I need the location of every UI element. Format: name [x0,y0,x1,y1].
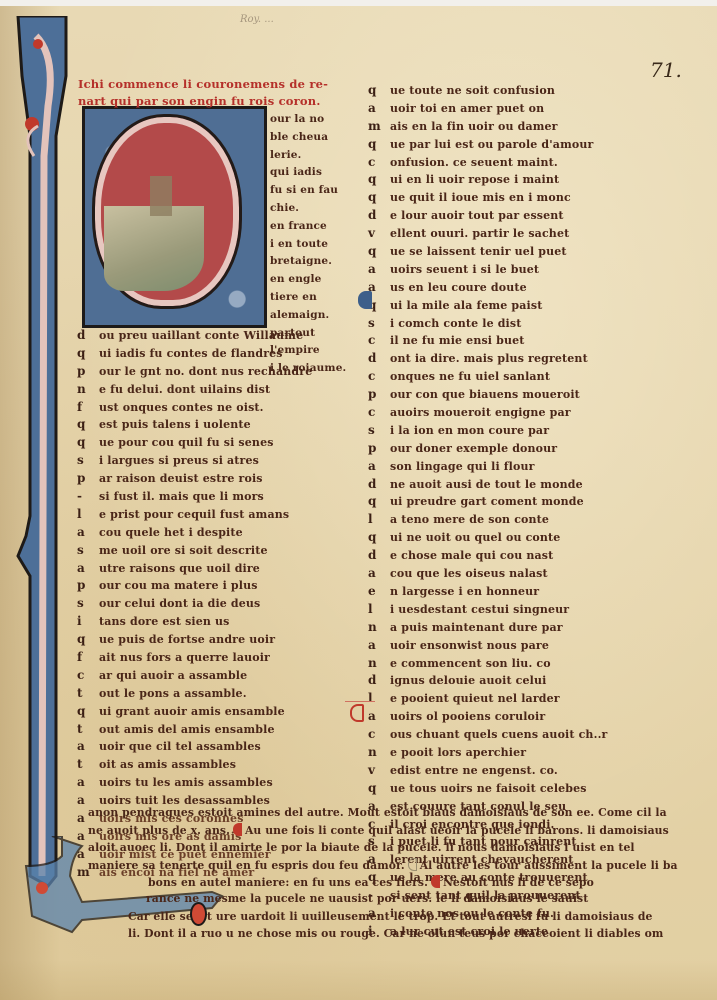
verse-text: e pooient quieut nel larder [390,692,560,705]
verse-text: e chose male qui cou nast [390,549,553,562]
lead-letter: s [77,453,99,467]
verse-line: ne fu delui. dont uilains dist [77,382,312,400]
rubric-line: Ichi commence li couronemens de re- [78,76,368,93]
verse-line: dont ia dire. mais plus regretent [368,351,608,369]
verse-text: our cou ma matere i plus [99,579,258,592]
verse-text: tans dore est sien us [99,615,230,628]
lead-letter: q [368,83,390,97]
prose-text: maniere sa tenerte quil en fu espris dou… [88,859,405,872]
lead-letter: q [77,704,99,718]
text-line: bretaigne. [270,255,346,273]
prose-text: li. Dont il a ruo u ne chose mis ou roug… [128,927,663,940]
verse-line: qui preudre gart coment monde [368,494,608,512]
verse-line: le pooient quieut nel larder [368,691,608,709]
paragraph-mark-icon [233,823,242,836]
lead-letter: q [77,632,99,646]
verse-line: tout amis del amis ensamble [77,722,312,740]
lead-letter: q [368,494,390,508]
lead-letter: d [368,208,390,222]
verse-line: ason lingage qui li flour [368,459,608,477]
verse-line: de lour auoir tout par essent [368,208,608,226]
verse-line: par raison deuist estre rois [77,471,312,489]
lead-letter: c [368,727,390,741]
lead-letter: c [368,155,390,169]
lead-letter: d [368,673,390,687]
verse-line: dignus delouie auoit celui [368,673,608,691]
verse-text: cou quele het i despite [99,526,243,539]
verse-line: que par lui est ou parole d'amour [368,137,608,155]
lead-letter: a [368,709,390,723]
rubric-heading: Ichi commence li couronemens de re- nart… [78,76,368,110]
prose-line: li. Dont il a ruo u ne chose mis ou roug… [128,927,688,944]
text-line: lerie. [270,149,346,167]
lead-letter: - [77,489,99,503]
verse-line: en largesse i en honneur [368,584,608,602]
historiated-initial-scene [104,206,204,291]
verse-line: autre raisons que uoil dire [77,561,312,579]
prose-text: Al autre les tour aussiment la pucele li… [420,859,678,872]
verse-line: le prist pour cequil fust amans [77,507,312,525]
verse-line: acou quele het i despite [77,525,312,543]
prose-line: aloit auoec li. Dont il amirte le por la… [88,841,688,858]
lead-letter: s [77,596,99,610]
prose-text: Au une fois li conte quil alast ueoir la… [245,824,669,837]
lead-letter: v [368,763,390,777]
verse-text: e pooit lors aperchier [390,746,526,759]
verse-line: fait nus fors a querre lauoir [77,650,312,668]
verse-text: onques ne fu uiel sanlant [390,370,550,383]
verse-line: mais en la fin uoir ou damer [368,119,608,137]
lead-letter: q [368,530,390,544]
verse-line: qui grant auoir amis ensamble [77,704,312,722]
verse-text: ous chuant quels cuens auoit ch..r [390,728,608,741]
verse-line: ne pooit lors aperchier [368,745,608,763]
lead-letter: l [77,507,99,521]
verse-line: sme uoil ore si soit descrite [77,543,312,561]
verse-text: ue par lui est ou parole d'amour [390,138,593,151]
lead-letter: d [368,351,390,365]
lead-letter: c [368,333,390,347]
verse-line: dne auoit ausi de tout le monde [368,477,608,495]
verse-text: i comch conte le dist [390,317,521,330]
verse-text: ui la mile ala feme paist [390,299,542,312]
verse-line: dou preu uaillant conte Willaume [77,328,312,346]
verse-text: ue pour cou quil fu si senes [99,436,274,449]
verse-line: qui en li uoir repose i maint [368,172,608,190]
verse-text: ui grant auoir amis ensamble [99,705,285,718]
verse-line: que toute ne soit confusion [368,83,608,101]
prose-line: maniere sa tenerte quil en fu espris dou… [88,858,688,875]
verse-text: uoir ensonwist nous pare [390,639,549,652]
verse-line: li uesdestant cestui singneur [368,602,608,620]
text-line: alemaign. [270,309,346,327]
lead-letter: a [77,525,99,539]
verse-line: qui la mile ala feme paist [368,298,608,316]
lead-letter: l [368,602,390,616]
lead-letter: p [368,387,390,401]
lead-letter: n [368,656,390,670]
text-line: qui iadis [270,166,346,184]
verse-text: ais en la fin uoir ou damer [390,120,558,133]
manuscript-page: Roy. ... 71. Ichi commence li couronemen… [0,6,717,1000]
verse-line: vedist entre ne engenst. co. [368,763,608,781]
verse-line: qest puis talens i uolente [77,417,312,435]
verse-line: que puis de fortse andre uoir [77,632,312,650]
verse-text: i uesdestant cestui singneur [390,603,569,616]
lead-letter: a [77,739,99,753]
verse-line: -si fust il. mais que li mors [77,489,312,507]
lead-letter: a [77,775,99,789]
verse-line: auoir toi en amer puet on [368,101,608,119]
lead-letter: q [368,172,390,186]
verse-line: vellent ouuri. partir le sachet [368,226,608,244]
verse-line: pour cou ma matere i plus [77,578,312,596]
verse-text: edist entre ne engenst. co. [390,764,558,777]
verse-text: i largues si preus si atres [99,454,259,467]
verse-line: la teno mere de son conte [368,512,608,530]
verse-line: cil ne fu mie ensi buet [368,333,608,351]
verse-text: onfusion. ce seuent maint. [390,156,558,169]
lead-letter: p [368,441,390,455]
lead-letter: a [368,566,390,580]
verse-line: cous chuant quels cuens auoit ch..r [368,727,608,745]
prose-line: rance ne mesme la pucele ne uausist por … [88,892,688,909]
verse-line: si largues si preus si atres [77,453,312,471]
lead-letter: a [368,459,390,473]
red-lombard-initial-icon [350,704,364,722]
prose-text: bons en autel maniere: en fu uns ea ces … [148,876,428,889]
verse-line: toit as amis assambles [77,757,312,775]
verse-text: ue puis de fortse andre uoir [99,633,275,646]
verse-text: uoirs ol pooiens coruloir [390,710,545,723]
verse-line: acou que les oiseus nalast [368,566,608,584]
lead-letter: q [368,781,390,795]
prose-line: Car elle seust ure uardoit li uuilleusem… [128,910,688,927]
verse-text: e prist pour cequil fust amans [99,508,289,521]
blue-lombard-initial-icon [358,291,372,309]
verse-line: auoir que cil tel assambles [77,739,312,757]
verse-text: ellent ouuri. partir le sachet [390,227,569,240]
verse-text: me uoil ore si soit descrite [99,544,268,557]
crowned-figure-icon [150,176,172,216]
verse-line: tout le pons a assamble. [77,686,312,704]
red-pen-flourish [345,701,375,702]
verse-line: pour doner exemple donour [368,441,608,459]
lead-letter: d [77,328,99,342]
paragraph-mark-icon [431,875,440,888]
lead-letter: q [77,346,99,360]
verse-line: fust onques contes ne oist. [77,400,312,418]
lead-letter: c [368,405,390,419]
verse-line: de chose male qui cou nast [368,548,608,566]
lead-letter: q [368,244,390,258]
verse-line: que tous uoirs ne faisoit celebes [368,781,608,799]
lead-letter: c [77,668,99,682]
text-line: en france [270,220,346,238]
verse-line: qui ne uoit ou quel ou conte [368,530,608,548]
verse-line: que se laissent tenir uel puet [368,244,608,262]
verse-line: qui iadis fu contes de flandres [77,346,312,364]
verse-line: que pour cou quil fu si senes [77,435,312,453]
lead-letter: i [77,614,99,628]
verse-text: uoir toi en amer puet on [390,102,544,115]
verse-text: ui en li uoir repose i maint [390,173,559,186]
lead-letter: a [368,101,390,115]
lead-letter: n [368,620,390,634]
verse-text: ui preudre gart coment monde [390,495,584,508]
verse-text: our celui dont ia die deus [99,597,260,610]
text-line: chie. [270,202,346,220]
prose-text: ne auoit plus de x. ans. [88,824,230,837]
verse-text: e commencent son liu. co [390,657,551,670]
verse-text: uoirs seuent i si le buet [390,263,539,276]
lead-letter: p [77,471,99,485]
verse-text: out le pons a assamble. [99,687,247,700]
verse-text: ue quit il ioue mis en i monc [390,191,571,204]
verse-text: ue se laissent tenir uel puet [390,245,567,258]
verse-text: ar qui auoir a assamble [99,669,247,682]
text-line: our la no [270,113,346,131]
folio-number: 71. [650,58,682,82]
rubric-line: nart qui par son engin fu rois coron. [78,93,368,110]
red-initial-c-icon [190,902,207,926]
lead-letter: s [77,543,99,557]
lead-letter: e [368,584,390,598]
verse-line: pour le gnt no. dont nus rechandre [77,364,312,382]
verse-text: est puis talens i uolente [99,418,251,431]
lead-letter: p [77,364,99,378]
verse-text: e fu delui. dont uilains dist [99,383,270,396]
lead-letter: l [368,691,390,705]
prose-text: aloit auoec li. Dont il amirte le por la… [88,841,635,854]
lead-letter: m [368,119,390,133]
verse-text: cou que les oiseus nalast [390,567,548,580]
prose-line: ne auoit plus de x. ans.Au une fois li c… [88,823,688,840]
text-line: fu si en fau [270,184,346,202]
verse-line: si la ion en mon coure par [368,423,608,441]
lead-letter: f [77,650,99,664]
lead-letter: a [77,561,99,575]
verse-line: confusion. ce seuent maint. [368,155,608,173]
verse-text: ait nus fors a querre lauoir [99,651,270,664]
lead-letter: c [368,369,390,383]
verse-line: sour celui dont ia die deus [77,596,312,614]
lead-letter: t [77,686,99,700]
lead-letter: q [77,417,99,431]
lead-letter: l [368,512,390,526]
verse-line: ne commencent son liu. co [368,656,608,674]
text-line: tiere en [270,291,346,309]
verse-text: uoir que cil tel assambles [99,740,261,753]
verse-text: our le gnt no. dont nus rechandre [99,365,312,378]
verse-line: auoirs ol pooiens coruloir [368,709,608,727]
verse-text: ust onques contes ne oist. [99,401,264,414]
verse-text: auoirs moueroit engigne par [390,406,571,419]
lead-letter: n [77,382,99,396]
lead-letter: a [368,638,390,652]
paragraph-mark-icon [408,858,417,871]
prose-text: anon pendragues estoit amines del autre.… [88,806,667,819]
verse-text: il ne fu mie ensi buet [390,334,524,347]
verse-text: ne auoit ausi de tout le monde [390,478,583,491]
text-line: en engle [270,273,346,291]
verse-line: auoirs tu les amis assambles [77,775,312,793]
lead-letter: t [77,757,99,771]
text-line: ble cheua [270,131,346,149]
lead-letter: d [368,477,390,491]
verse-line: auoirs seuent i si le buet [368,262,608,280]
text-line: i en toute [270,238,346,256]
verse-text: si fust il. mais que li mors [99,490,264,503]
verse-text: us en leu coure doute [390,281,527,294]
lead-letter: s [368,316,390,330]
verse-text: ou preu uaillant conte Willaume [99,329,303,342]
verse-line: conques ne fu uiel sanlant [368,369,608,387]
verse-line: pour con que biauens moueroit [368,387,608,405]
verse-text: uoirs tu les amis assambles [99,776,273,789]
prose-line: anon pendragues estoit amines del autre.… [88,806,688,823]
lead-letter: q [368,190,390,204]
prose-line: bons en autel maniere: en fu uns ea ces … [88,875,688,892]
left-text-column: dou preu uaillant conte Willaumequi iadi… [77,328,312,883]
verse-text: utre raisons que uoil dire [99,562,260,575]
page-bottom-edge [0,960,717,1000]
verse-line: auoir ensonwist nous pare [368,638,608,656]
lead-letter: q [77,435,99,449]
lead-letter: n [368,745,390,759]
verse-line: car qui auoir a assamble [77,668,312,686]
prose-text: rance ne mesme la pucele ne uausist por … [146,892,588,905]
prose-text-block: anon pendragues estoit amines del autre.… [88,806,688,944]
verse-text: son lingage qui li flour [390,460,535,473]
lead-letter: d [368,548,390,562]
lead-letter: s [368,423,390,437]
lead-letter: p [77,578,99,592]
verse-line: itans dore est sien us [77,614,312,632]
verse-text: i la ion en mon coure par [390,424,549,437]
verse-text: e lour auoir tout par essent [390,209,564,222]
verse-text: a teno mere de son conte [390,513,549,526]
verse-text: ignus delouie auoit celui [390,674,546,687]
lead-letter: q [368,137,390,151]
verse-line: si comch conte le dist [368,316,608,334]
verse-line: aus en leu coure doute [368,280,608,298]
lead-letter: t [77,722,99,736]
verse-text: n largesse i en honneur [390,585,539,598]
lead-letter: a [368,262,390,276]
verse-line: que quit il ioue mis en i monc [368,190,608,208]
prose-text: Nestoit nus li de ce sepo [443,876,594,889]
verse-text: out amis del amis ensamble [99,723,275,736]
verse-text: a puis maintenant dure par [390,621,563,634]
verse-text: our con que biauens moueroit [390,388,580,401]
verse-text: ont ia dire. mais plus regretent [390,352,588,365]
lead-letter: f [77,400,99,414]
verse-text: ue toute ne soit confusion [390,84,555,97]
verse-text: oit as amis assambles [99,758,236,771]
top-margin-note: Roy. ... [240,14,274,25]
verse-text: ui iadis fu contes de flandres [99,347,283,360]
verse-text: our doner exemple donour [390,442,557,455]
verse-text: ar raison deuist estre rois [99,472,263,485]
lead-letter: v [368,226,390,240]
initial-stem-icon [8,16,68,896]
verse-line: cauoirs moueroit engigne par [368,405,608,423]
verse-text: ui ne uoit ou quel ou conte [390,531,560,544]
verse-line: na puis maintenant dure par [368,620,608,638]
verse-text: ue tous uoirs ne faisoit celebes [390,782,587,795]
